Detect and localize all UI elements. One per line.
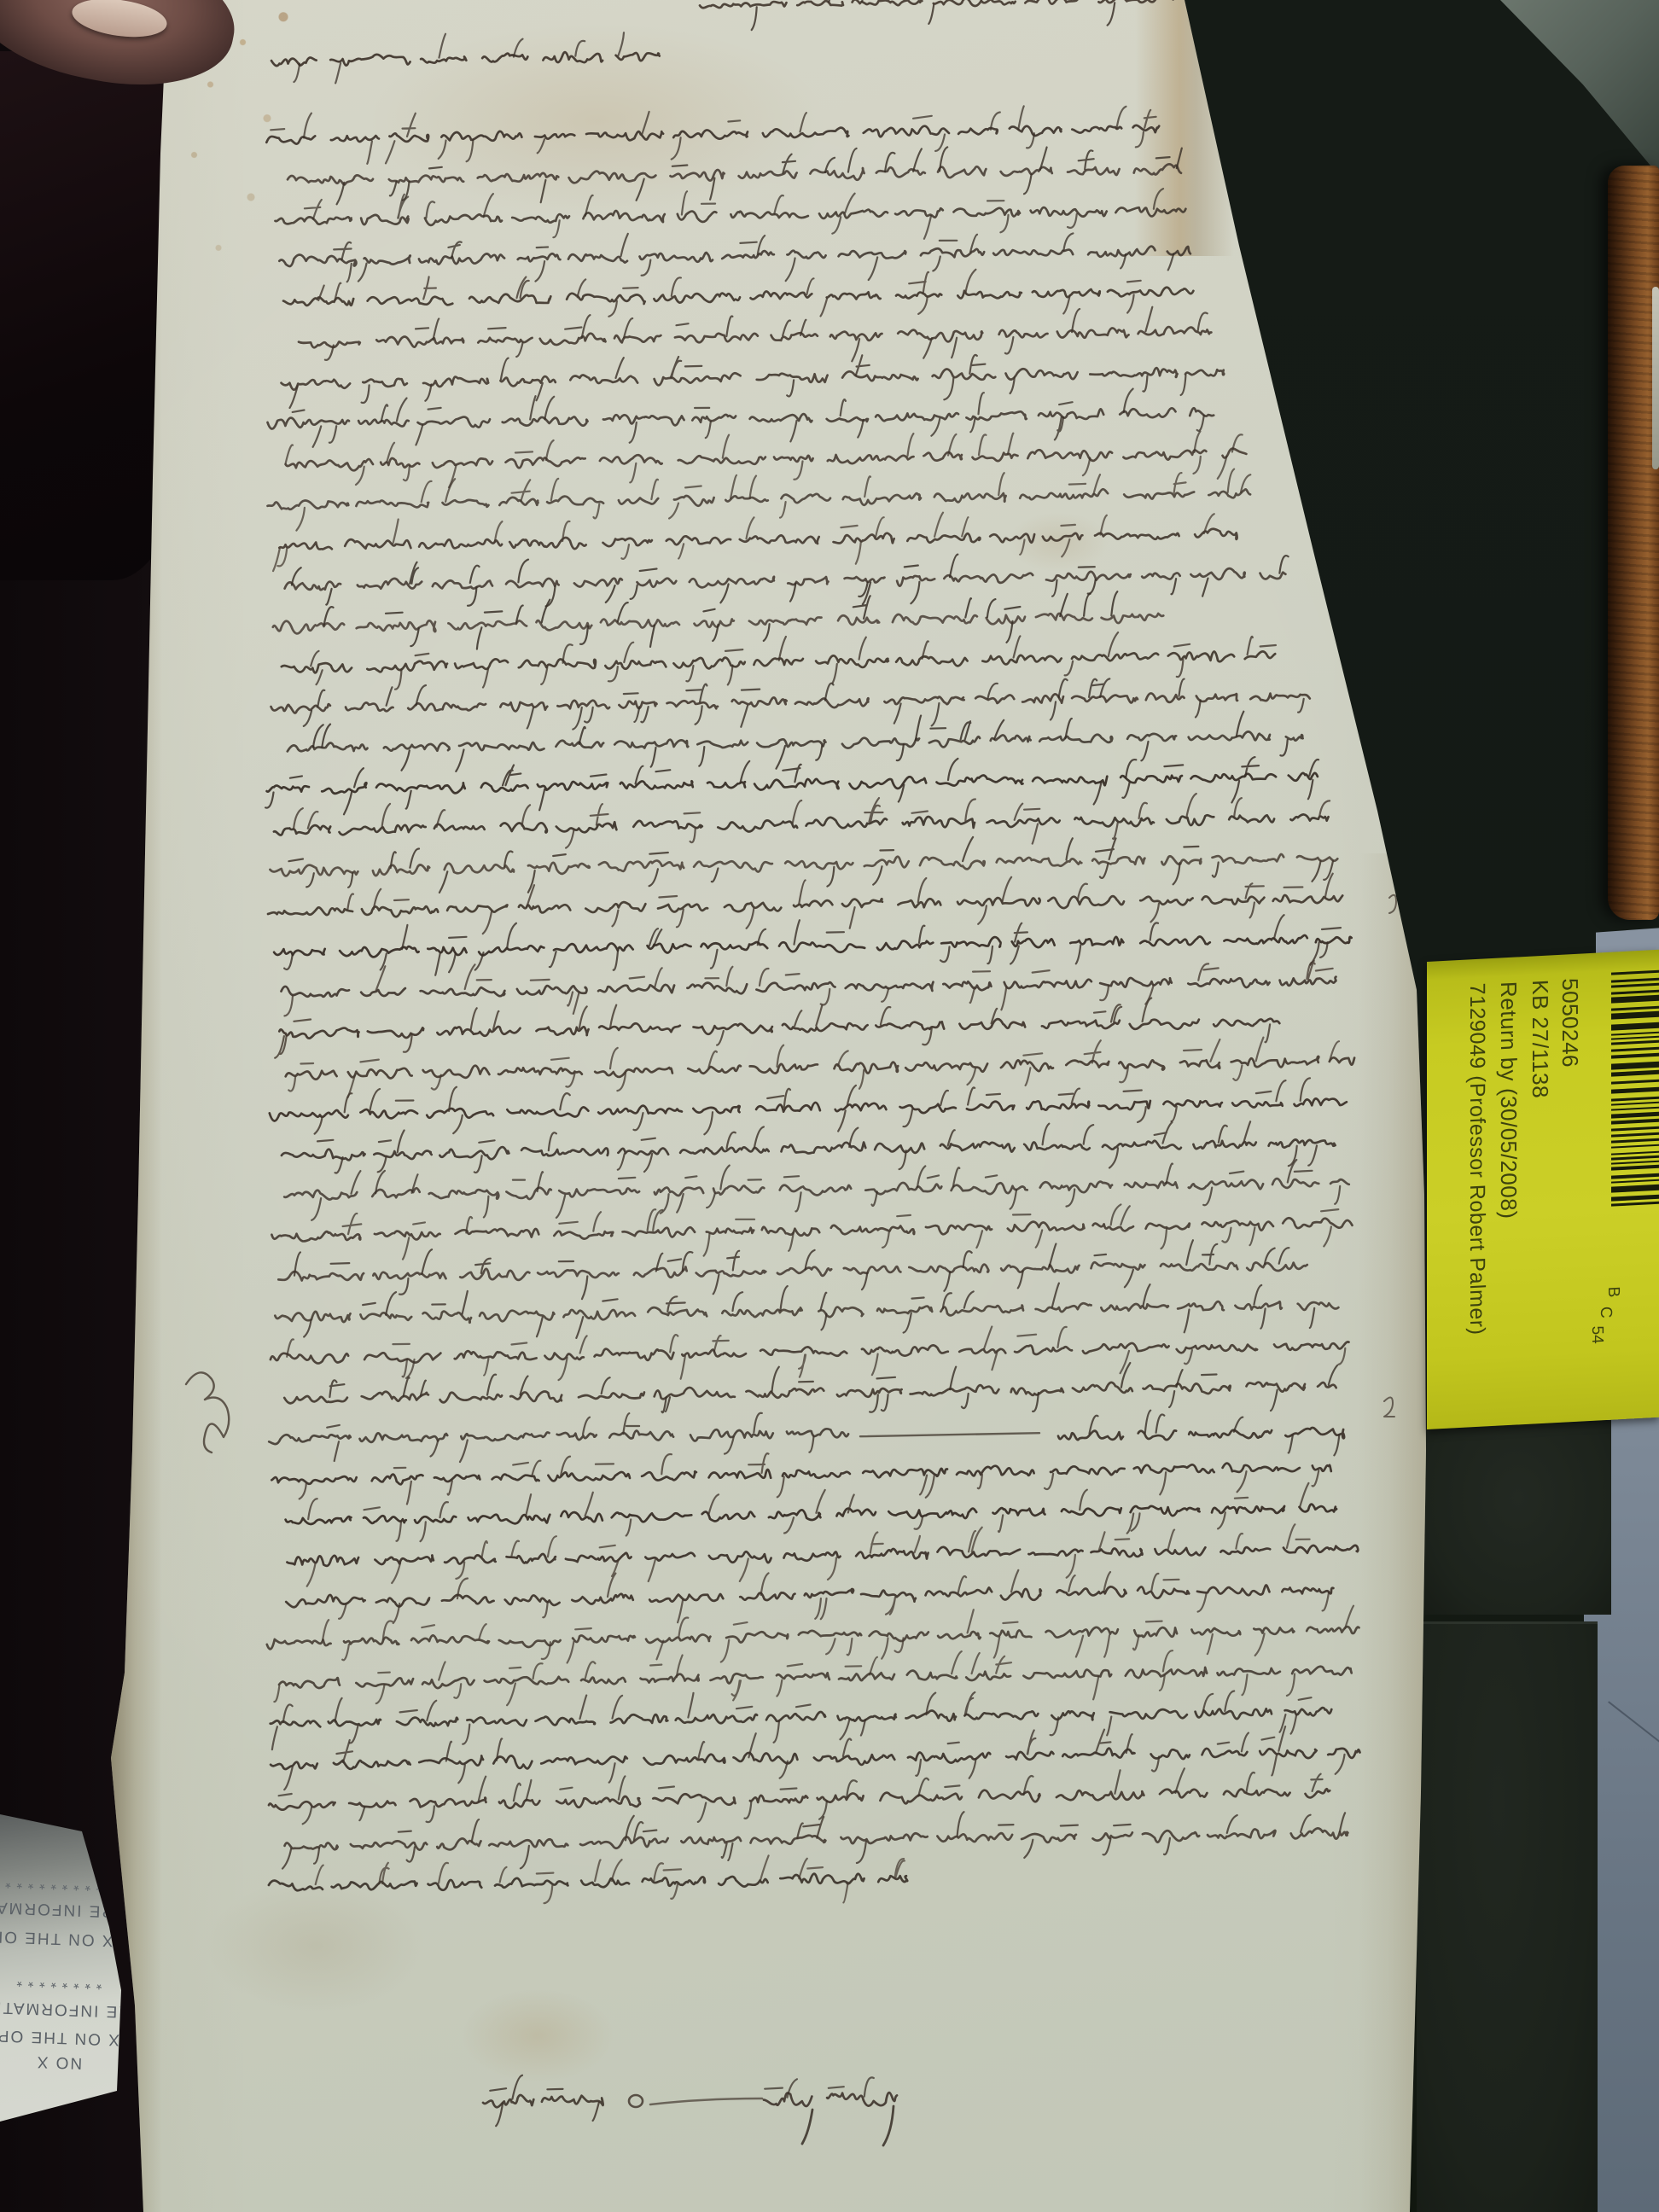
label-reader-name: 7129049 (Professor Robert Palmer) [1464, 982, 1490, 1336]
table-corner [1500, 0, 1659, 176]
barcode-bar [1611, 1155, 1659, 1160]
barcode-bar [1611, 1164, 1659, 1170]
label-accession-number: 5050246 [1557, 977, 1583, 1068]
barcode-bar [1611, 1132, 1659, 1137]
foam-block-upper [1425, 1420, 1611, 1615]
barcode-bar [1611, 977, 1659, 982]
barcode-bar [1611, 1144, 1659, 1148]
barcode-bar [1611, 1106, 1659, 1110]
label-shelf-mark: C [1596, 1306, 1615, 1318]
barcode-bar [1611, 1005, 1659, 1010]
label-document-reference: KB 27/1138 [1528, 979, 1553, 1099]
label-shelf-mark: 54 [1587, 1325, 1606, 1344]
label-return-by-date: Return by (30/05/2008) [1496, 981, 1522, 1220]
barcode [1611, 969, 1659, 1218]
barcode-bar [1611, 1010, 1659, 1019]
barcode-bar [1611, 1173, 1659, 1179]
light-reflection [1652, 287, 1659, 469]
barcode-bar [1611, 1022, 1659, 1030]
barcode-bar [1611, 1052, 1659, 1058]
barcode-bar [1611, 1096, 1659, 1101]
barcode-bar [1611, 1118, 1659, 1124]
barcode-bar [1611, 1179, 1659, 1183]
barcode-bar [1611, 1069, 1659, 1076]
barcode-bar [1611, 1201, 1659, 1206]
barcode-bar [1611, 1111, 1659, 1118]
barcode-bar [1611, 1150, 1659, 1155]
barcode-bar [1611, 1031, 1659, 1035]
barcode-bar [1611, 1184, 1659, 1192]
barcode-bar [1611, 1061, 1659, 1069]
barcode-bar [1611, 1126, 1659, 1131]
barcode-bar [1611, 994, 1659, 1003]
barcode-bar [1611, 1160, 1659, 1164]
barcode-bar [1611, 1079, 1659, 1084]
foam-block-lower [1417, 1621, 1598, 2212]
barcode-bar [1611, 1039, 1659, 1045]
barcode-bar [1611, 1101, 1659, 1105]
photo-scene: * * * * * * * * * * UIRE INFORMAT OX ON … [0, 0, 1659, 2212]
yellow-return-label: 5050246 KB 27/1138 Return by (30/05/2008… [1427, 950, 1659, 1429]
barcode-bar [1611, 1086, 1659, 1093]
barcode-bar [1611, 1138, 1659, 1143]
manuscript-writing [0, 0, 1659, 2212]
wooden-edge [1608, 166, 1659, 920]
barcode-bar [1611, 969, 1659, 975]
barcode-bar [1611, 1035, 1659, 1039]
label-shelf-mark: B [1604, 1286, 1622, 1298]
barcode-bar [1611, 1194, 1659, 1201]
barcode-bar [1611, 989, 1659, 994]
barcode-bar [1611, 982, 1659, 987]
barcode-bar [1611, 1046, 1659, 1051]
